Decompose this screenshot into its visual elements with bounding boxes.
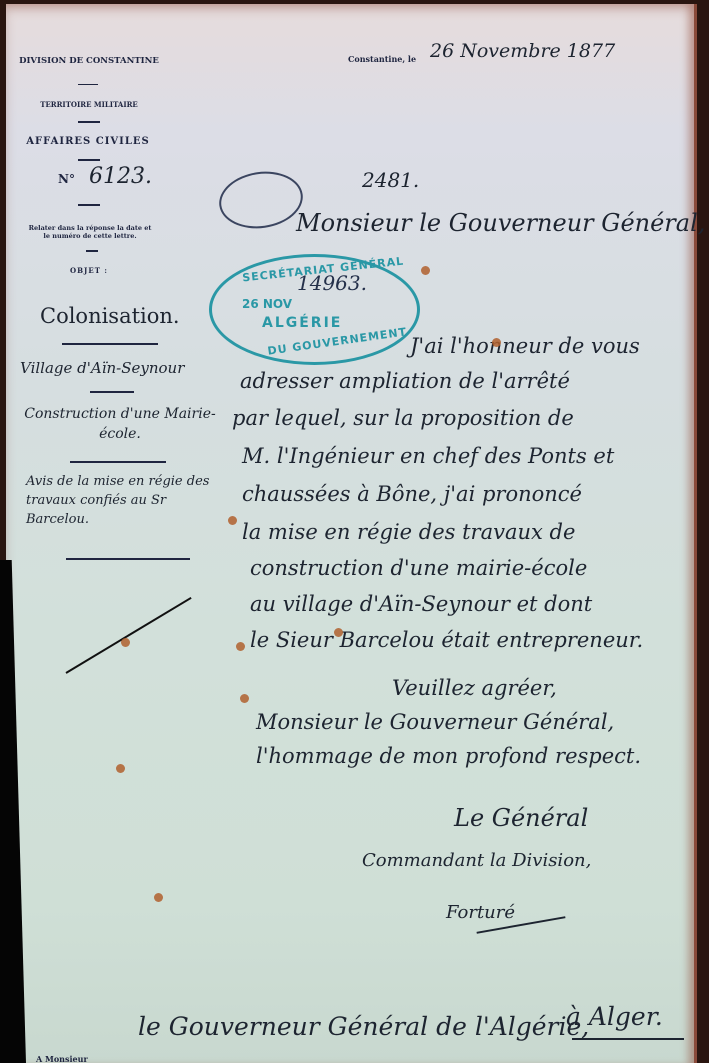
body-line-8: au village d'Aïn-Seynour et dont [250, 592, 592, 616]
divider [78, 159, 100, 161]
territoire-heading: TERRITOIRE MILITAIRE [14, 100, 164, 109]
divider [66, 558, 190, 560]
divider [86, 250, 98, 252]
foxing-spot [228, 516, 237, 525]
stamp-center-text: ALGÉRIE [262, 315, 342, 331]
stamp-date: 26 NOV [242, 297, 292, 311]
divider [70, 461, 166, 463]
body-line-1: J'ai l'honneur de vous [410, 334, 640, 358]
received-stamp: SECRÉTARIAT GÉNÉRAL 14963. 26 NOV ALGÉRI… [209, 254, 420, 365]
divider [78, 204, 100, 206]
objet-construction: Construction d'une Mairie-école. [20, 404, 220, 444]
foxing-spot [116, 764, 125, 773]
foxing-spot [154, 893, 163, 902]
objet-subject: Colonisation. [40, 304, 180, 328]
divider [90, 391, 134, 393]
flourish-ornament [216, 166, 307, 233]
address-recipient: le Gouverneur Général de l'Algérie, [138, 1012, 589, 1041]
foxing-spot [334, 628, 343, 637]
letter-number: N° 6123. [58, 164, 152, 189]
address-underline [572, 1038, 684, 1040]
letter-page: DIVISION DE CONSTANTINE TERRITOIRE MILIT… [6, 4, 697, 1063]
signature-title: Le Général [454, 804, 588, 832]
affaires-heading: AFFAIRES CIVILES [8, 136, 168, 147]
foxing-spot [236, 642, 245, 651]
divider [62, 343, 158, 345]
salutation: Monsieur le Gouverneur Général, [296, 209, 705, 237]
margin-slash [65, 597, 191, 674]
address-prefix: A Monsieur [36, 1054, 116, 1063]
objet-label: OBJET : [64, 266, 114, 275]
body-line-7: construction d'une mairie-école [250, 556, 587, 580]
dateline-date: 26 Novembre 1877 [430, 40, 615, 62]
registry-number: 2481. [362, 168, 419, 192]
divider [78, 84, 98, 85]
foxing-spot [240, 694, 249, 703]
body-line-3: par lequel, sur la proposition de [232, 406, 574, 430]
body-line-9: le Sieur Barcelou était entrepreneur. [250, 628, 643, 652]
foxing-spot [421, 266, 430, 275]
signature-role: Commandant la Division, [362, 850, 591, 871]
foxing-spot [492, 338, 501, 347]
closing-line-1: Veuillez agréer, [392, 676, 557, 700]
signature: Forturé [446, 902, 515, 923]
divider [78, 121, 100, 123]
reply-instruction: Relater dans la réponse la date et le nu… [28, 224, 152, 240]
objet-village: Village d'Aïn-Seynour [20, 359, 184, 377]
closing-line-3: l'hommage de mon profond respect. [256, 744, 641, 768]
foxing-spot [121, 638, 130, 647]
closing-line-2: Monsieur le Gouverneur Général, [256, 710, 614, 734]
address-city: à Alger. [566, 1002, 663, 1031]
body-line-2: adresser ampliation de l'arrêté [240, 369, 570, 393]
body-line-5: chaussées à Bône, j'ai prononcé [242, 482, 582, 506]
body-line-6: la mise en régie des travaux de [242, 520, 575, 544]
objet-avis: Avis de la mise en régie des travaux con… [26, 472, 226, 529]
stamp-number: 14963. [297, 271, 367, 295]
division-heading: DIVISION DE CONSTANTINE [14, 56, 164, 66]
body-line-4: M. l'Ingénieur en chef des Ponts et [242, 444, 614, 468]
